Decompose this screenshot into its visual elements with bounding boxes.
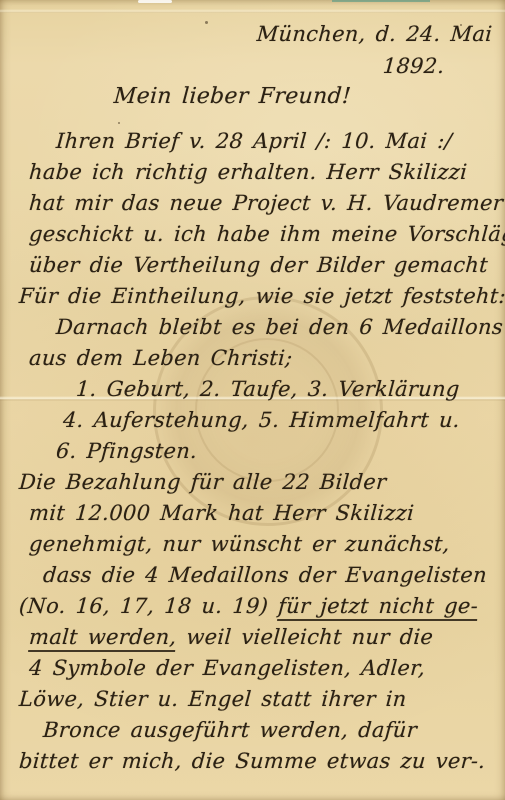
- body-line: aus dem Leben Christi;: [0, 343, 505, 374]
- body-line: Für die Eintheilung, wie sie jetzt fests…: [0, 281, 505, 312]
- body-line: 6. Pfingsten.: [0, 436, 505, 467]
- body-line-text: weil vielleicht nur die: [176, 625, 434, 649]
- ink-speck: [118, 122, 120, 124]
- body-line: (No. 16, 17, 18 u. 19) für jetzt nicht g…: [0, 591, 505, 622]
- letter-body: Ihren Brief v. 28 April /: 10. Mai :/ ha…: [0, 126, 505, 777]
- body-line: 4. Auferstehung, 5. Himmelfahrt u.: [0, 405, 505, 436]
- body-line: Löwe, Stier u. Engel statt ihrer in: [0, 684, 505, 715]
- scan-edge-white-artifact: [138, 0, 172, 3]
- letter-page: München, d. 24. Mai 1892. Mein lieber Fr…: [0, 0, 505, 800]
- body-line: dass die 4 Medaillons der Evangelisten: [0, 560, 505, 591]
- underlined-phrase: für jetzt nicht ge-: [277, 594, 479, 621]
- body-line: geschickt u. ich habe ihm meine Vorschlä…: [0, 219, 505, 250]
- body-line: Die Bezahlung für alle 22 Bilder: [0, 467, 505, 498]
- dateline-year: 1892.: [382, 54, 445, 78]
- fold-crease-top: [0, 9, 505, 13]
- body-line: Ihren Brief v. 28 April /: 10. Mai :/: [0, 126, 505, 157]
- body-line: 4 Symbole der Evangelisten, Adler,: [0, 653, 505, 684]
- body-line: 1. Geburt, 2. Taufe, 3. Verklärung: [0, 374, 505, 405]
- body-line: mit 12.000 Mark hat Herr Skilizzi: [0, 498, 505, 529]
- body-line: hat mir das neue Project v. H. Vaudremer: [0, 188, 505, 219]
- body-line: genehmigt, nur wünscht er zunächst,: [0, 529, 505, 560]
- salutation: Mein lieber Freund!: [113, 84, 352, 109]
- underlined-phrase: malt werden,: [28, 625, 177, 652]
- body-line: Bronce ausgeführt werden, dafür: [0, 715, 505, 746]
- body-line: bittet er mich, die Summe etwas zu ver-.: [0, 746, 505, 777]
- ink-speck: [205, 21, 208, 24]
- body-line-text: (No. 16, 17, 18 u. 19): [18, 594, 279, 618]
- body-line: Darnach bleibt es bei den 6 Medaillons: [0, 312, 505, 343]
- body-line: habe ich richtig erhalten. Herr Skilizzi: [0, 157, 505, 188]
- body-line: über die Vertheilung der Bilder gemacht: [0, 250, 505, 281]
- body-line: malt werden, weil vielleicht nur die: [0, 622, 505, 653]
- dateline: München, d. 24. Mai: [256, 22, 493, 46]
- scan-edge-teal-artifact: [332, 0, 430, 2]
